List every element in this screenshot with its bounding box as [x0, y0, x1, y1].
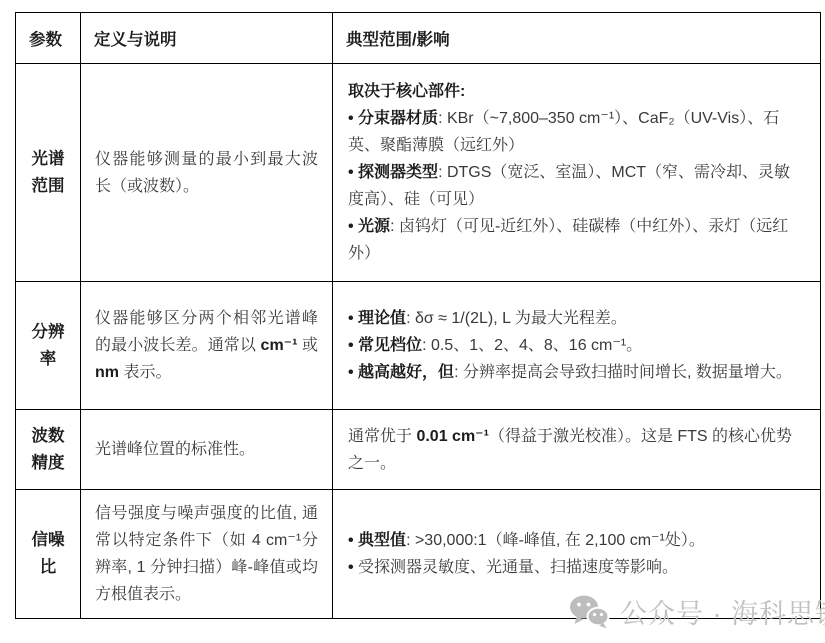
param-cell: 信噪比	[16, 490, 81, 619]
text-segment: : 分辨率提高会导致扫描时间增长, 数据量增大。	[454, 364, 792, 381]
bullet-item: • 典型值: >30,000:1（峰-峰值, 在 2,100 cm⁻¹处）。	[348, 527, 806, 554]
param-cell: 分辨率	[16, 282, 81, 410]
text-segment: 表示。	[119, 364, 171, 381]
bullet-dot-icon: •	[348, 364, 358, 381]
watermark: 公众号 · 海科思锐	[568, 592, 825, 631]
header-definition: 定义与说明	[81, 13, 333, 64]
text-segment: : >30,000:1（峰-峰值, 在 2,100 cm⁻¹处）。	[406, 532, 705, 549]
header-row: 参数 定义与说明 典型范围/影响	[16, 13, 821, 64]
bullet-item: • 探测器类型: DTGS（宽泛、室温）、MCT（窄、需冷却、灵敏度高）、硅（可…	[348, 159, 806, 213]
bullet-dot-icon: •	[348, 559, 358, 576]
definition-cell: 仪器能够测量的最小到最大波长（或波数）。	[81, 64, 333, 282]
text-segment: 0.01 cm⁻¹	[416, 428, 488, 445]
definition-cell: 仪器能够区分两个相邻光谱峰的最小波长差。通常以 cm⁻¹ 或 nm 表示。	[81, 282, 333, 410]
text-segment: 或	[297, 337, 318, 354]
text-segment: 信号强度与噪声强度的比值, 通常以特定条件下（如 4 cm⁻¹分辨率, 1 分钟…	[95, 505, 318, 603]
text-segment: : 0.5、1、2、4、8、16 cm⁻¹。	[422, 337, 642, 354]
paragraph: 仪器能够区分两个相邻光谱峰的最小波长差。通常以 cm⁻¹ 或 nm 表示。	[95, 305, 318, 386]
text-segment: 取决于核心部件:	[348, 83, 465, 100]
table-row: 光谱范围仪器能够测量的最小到最大波长（或波数）。取决于核心部件:• 分束器材质:…	[16, 64, 821, 282]
text-segment: 典型值	[358, 532, 406, 549]
param-cell: 光谱范围	[16, 64, 81, 282]
bullet-dot-icon: •	[348, 310, 358, 327]
typical-cell: • 理论值: δσ ≈ 1/(2L), L 为最大光程差。• 常见档位: 0.5…	[333, 282, 821, 410]
paragraph: 光谱峰位置的标准性。	[95, 436, 318, 463]
bullet-item: • 越高越好，但: 分辨率提高会导致扫描时间增长, 数据量增大。	[348, 359, 806, 386]
text-segment: 理论值	[358, 310, 406, 327]
paragraph: 仪器能够测量的最小到最大波长（或波数）。	[95, 146, 318, 200]
table-row: 分辨率仪器能够区分两个相邻光谱峰的最小波长差。通常以 cm⁻¹ 或 nm 表示。…	[16, 282, 821, 410]
paragraph: 取决于核心部件:	[348, 78, 806, 105]
definition-cell: 光谱峰位置的标准性。	[81, 410, 333, 490]
bullet-item: • 常见档位: 0.5、1、2、4、8、16 cm⁻¹。	[348, 332, 806, 359]
bullet-item: • 理论值: δσ ≈ 1/(2L), L 为最大光程差。	[348, 305, 806, 332]
wechat-icon	[568, 594, 610, 629]
watermark-text: 公众号 · 海科思锐	[620, 592, 825, 631]
definition-cell: 信号强度与噪声强度的比值, 通常以特定条件下（如 4 cm⁻¹分辨率, 1 分钟…	[81, 490, 333, 619]
text-segment: 探测器类型	[358, 164, 438, 181]
bullet-item: • 光源: 卤钨灯（可见-近红外）、硅碳棒（中红外）、汞灯（远红外）	[348, 213, 806, 267]
text-segment: 越高越好，但	[358, 364, 454, 381]
text-segment: 光谱峰位置的标准性。	[95, 441, 255, 458]
typical-cell: 取决于核心部件:• 分束器材质: KBr（~7,800–350 cm⁻¹）、Ca…	[333, 64, 821, 282]
bullet-item: • 受探测器灵敏度、光通量、扫描速度等影响。	[348, 554, 806, 581]
spec-table: 参数 定义与说明 典型范围/影响 光谱范围仪器能够测量的最小到最大波长（或波数）…	[15, 12, 821, 619]
text-segment: cm⁻¹	[261, 337, 298, 354]
header-typical: 典型范围/影响	[333, 13, 821, 64]
param-cell: 波数精度	[16, 410, 81, 490]
bullet-dot-icon: •	[348, 218, 358, 235]
text-segment: 光源	[358, 218, 390, 235]
paragraph: 通常优于 0.01 cm⁻¹（得益于激光校准）。这是 FTS 的核心优势之一。	[348, 423, 806, 477]
text-segment: 分束器材质	[358, 110, 438, 127]
text-segment: 常见档位	[358, 337, 422, 354]
typical-cell: 通常优于 0.01 cm⁻¹（得益于激光校准）。这是 FTS 的核心优势之一。	[333, 410, 821, 490]
bullet-dot-icon: •	[348, 110, 358, 127]
table-body: 光谱范围仪器能够测量的最小到最大波长（或波数）。取决于核心部件:• 分束器材质:…	[16, 64, 821, 619]
text-segment: nm	[95, 364, 119, 381]
table-row: 波数精度光谱峰位置的标准性。通常优于 0.01 cm⁻¹（得益于激光校准）。这是…	[16, 410, 821, 490]
document-page: 参数 定义与说明 典型范围/影响 光谱范围仪器能够测量的最小到最大波长（或波数）…	[0, 0, 825, 643]
text-segment: 通常优于	[348, 428, 416, 445]
bullet-dot-icon: •	[348, 337, 358, 354]
bullet-dot-icon: •	[348, 164, 358, 181]
text-segment: 受探测器灵敏度、光通量、扫描速度等影响。	[358, 559, 678, 576]
text-segment: : 卤钨灯（可见-近红外）、硅碳棒（中红外）、汞灯（远红外）	[348, 218, 788, 262]
header-param: 参数	[16, 13, 81, 64]
text-segment: 仪器能够测量的最小到最大波长（或波数）。	[95, 151, 318, 195]
bullet-dot-icon: •	[348, 532, 358, 549]
paragraph: 信号强度与噪声强度的比值, 通常以特定条件下（如 4 cm⁻¹分辨率, 1 分钟…	[95, 500, 318, 608]
bullet-item: • 分束器材质: KBr（~7,800–350 cm⁻¹）、CaF₂（UV-Vi…	[348, 105, 806, 159]
text-segment: : δσ ≈ 1/(2L), L 为最大光程差。	[406, 310, 627, 327]
